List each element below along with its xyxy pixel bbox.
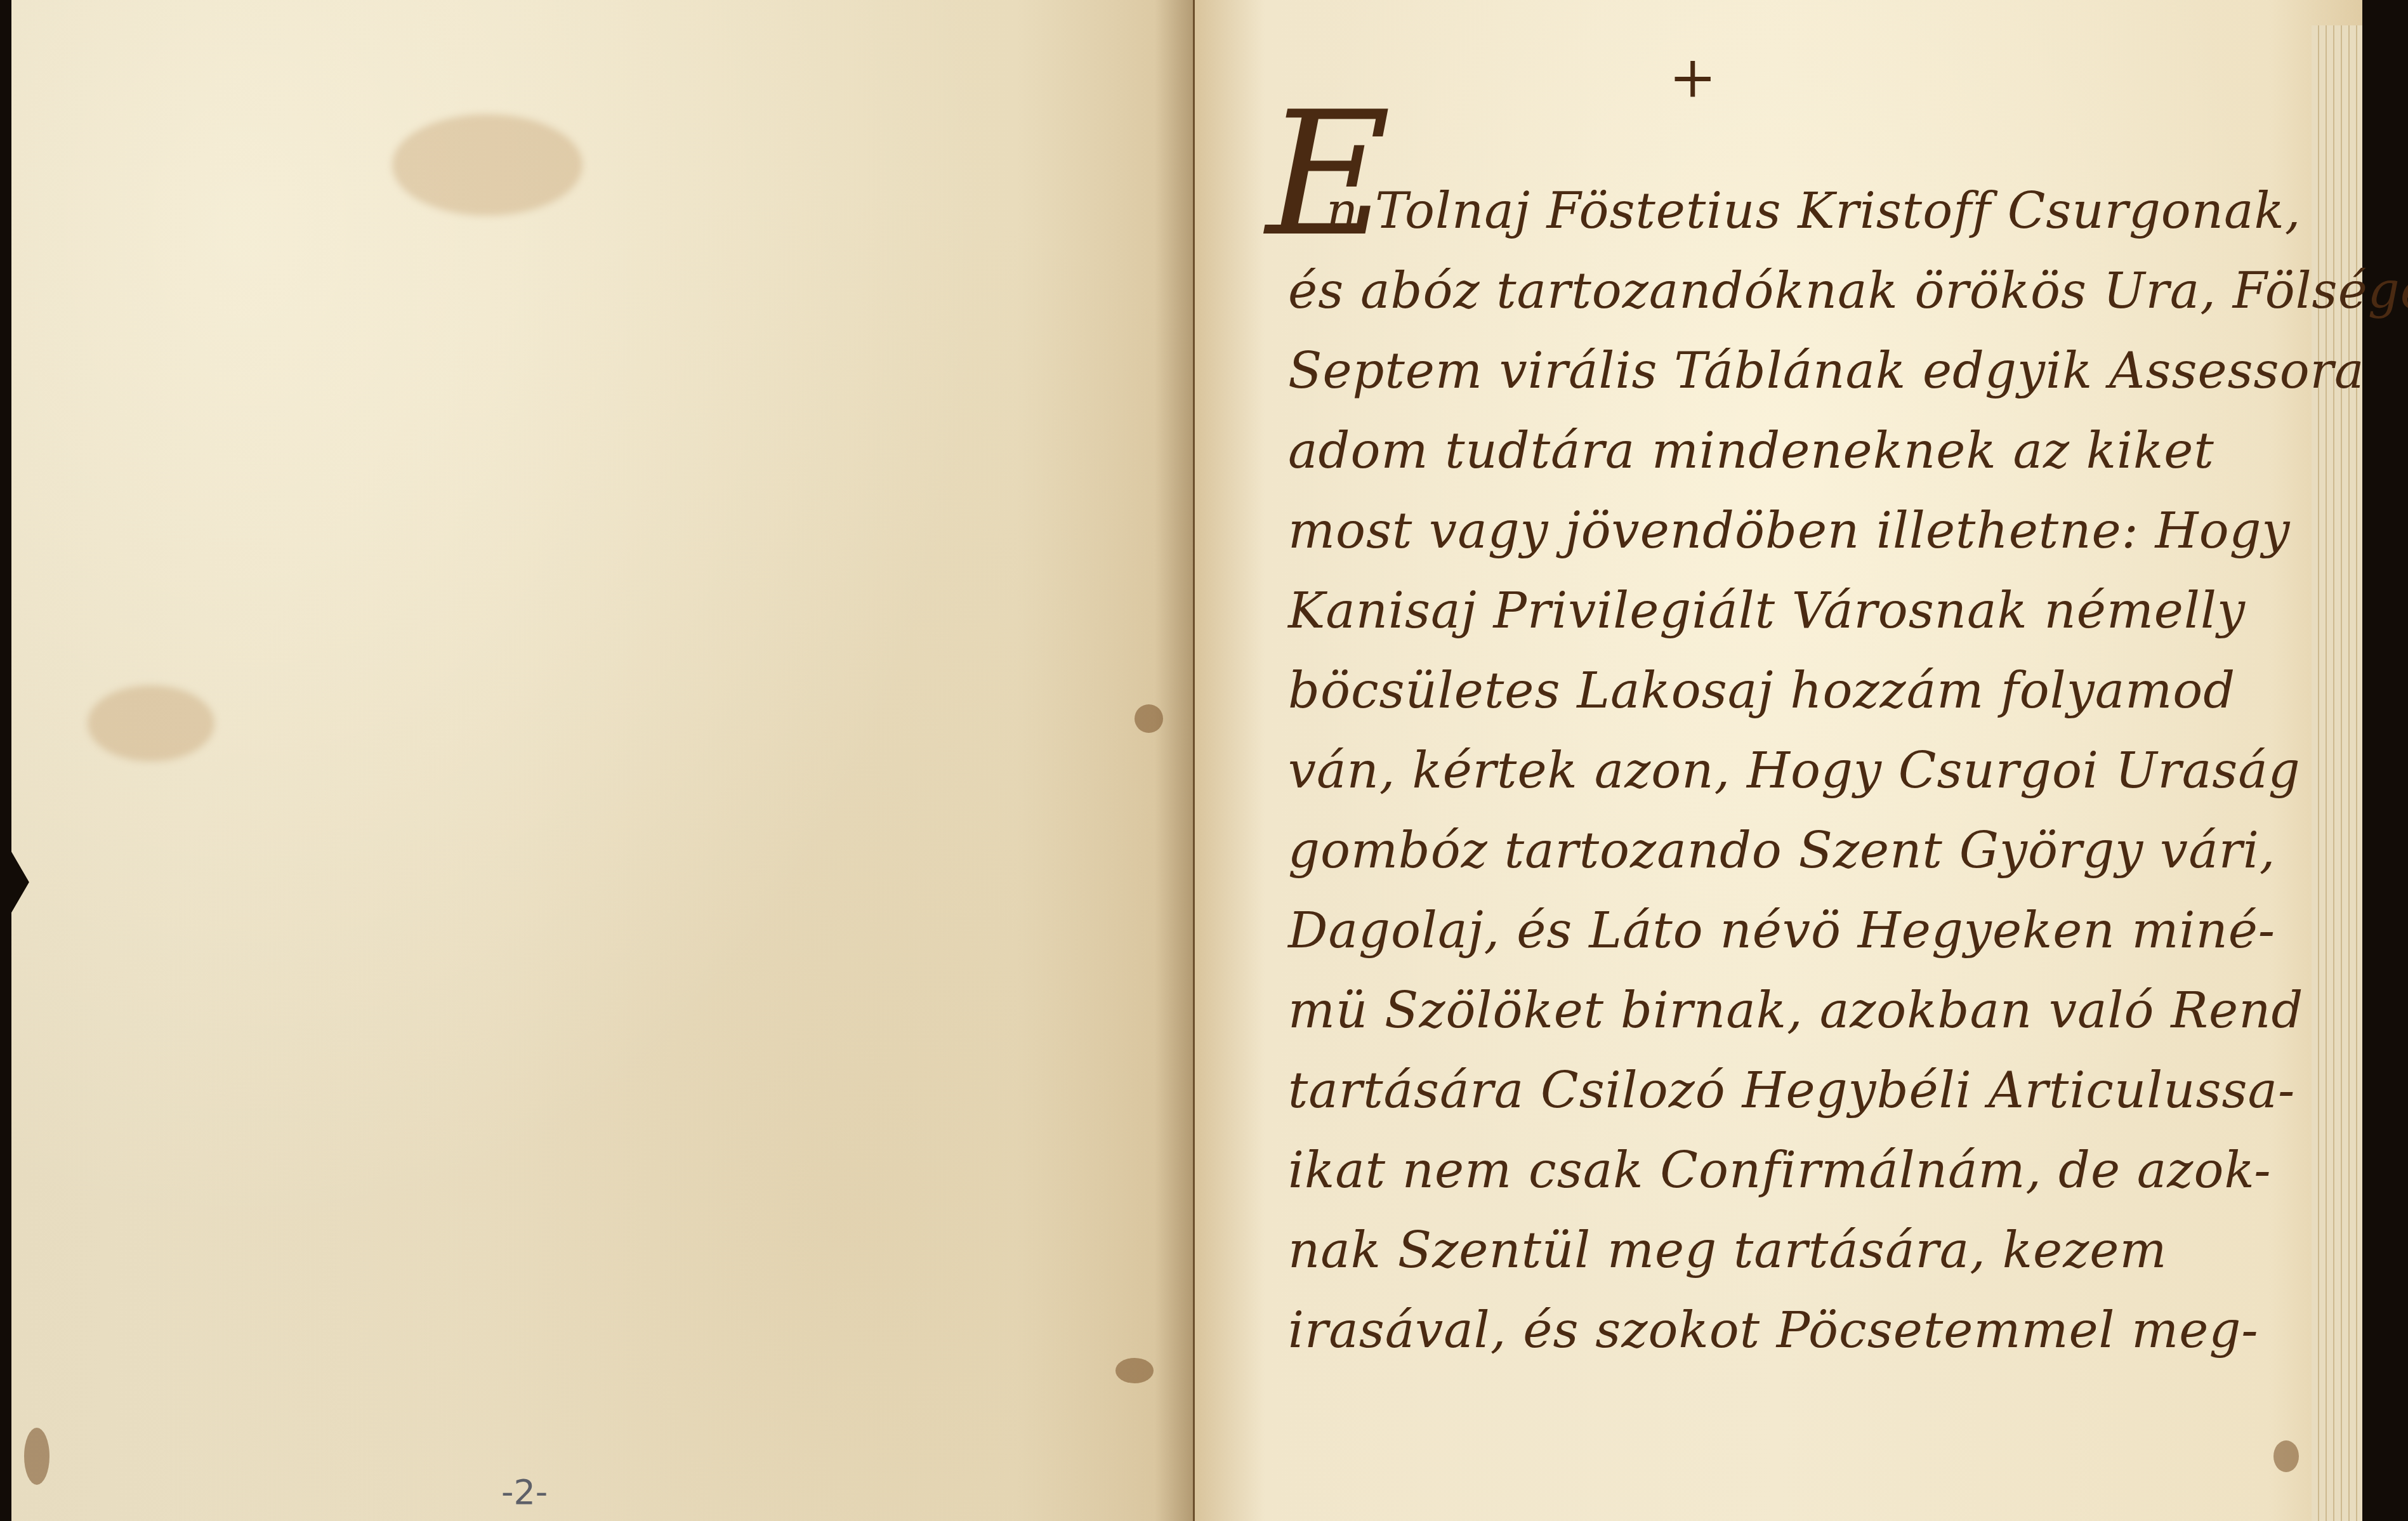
text-line: irasával, és szokot Pöcsetemmel meg- bbox=[1288, 1291, 2354, 1371]
folio-number: -2- bbox=[501, 1472, 548, 1512]
manuscript-text: n Tolnaj Föstetius Kristoff Csurgonak, é… bbox=[1288, 171, 2354, 1371]
text-line: tartására Csilozó Hegybéli Articulussa- bbox=[1288, 1051, 2354, 1131]
ink-stain bbox=[24, 1428, 49, 1485]
text-line: most vagy jövendöben illethetne: Hogy bbox=[1288, 491, 2354, 571]
text-line: adom tudtára mindeneknek az kiket bbox=[1288, 411, 2354, 491]
text-line: ikat nem csak Confirmálnám, de azok- bbox=[1288, 1131, 2354, 1211]
ink-stain bbox=[2273, 1440, 2299, 1472]
text-line: böcsületes Lakosaj hozzám folyamod bbox=[1288, 651, 2354, 731]
text-line: és abóz tartozandóknak örökös Ura, Fölsé… bbox=[1288, 251, 2354, 331]
text-line: n Tolnaj Föstetius Kristoff Csurgonak, bbox=[1288, 171, 2354, 251]
text-line: Septem virális Táblának edgyik Assessora bbox=[1288, 331, 2354, 411]
left-page bbox=[11, 0, 1193, 1521]
text-line: mü Szölöket birnak, azokban való Rend bbox=[1288, 971, 2354, 1051]
binding-thread bbox=[1135, 704, 1163, 733]
top-cross-mark: + bbox=[1669, 44, 1716, 111]
manuscript-spread: -2- + E n Tolnaj Föstetius Kristoff Csur… bbox=[0, 0, 2408, 1521]
stain bbox=[392, 114, 582, 216]
stain bbox=[88, 685, 214, 761]
text-line: ván, kértek azon, Hogy Csurgoi Uraság bbox=[1288, 731, 2354, 811]
binding-thread bbox=[1115, 1358, 1154, 1383]
text-line: Dagolaj, és Láto névö Hegyeken miné- bbox=[1288, 891, 2354, 971]
text-line: Kanisaj Privilegiált Városnak némelly bbox=[1288, 571, 2354, 651]
text-line: gombóz tartozando Szent György vári, bbox=[1288, 811, 2354, 891]
text-line: nak Szentül meg tartására, kezem bbox=[1288, 1211, 2354, 1291]
